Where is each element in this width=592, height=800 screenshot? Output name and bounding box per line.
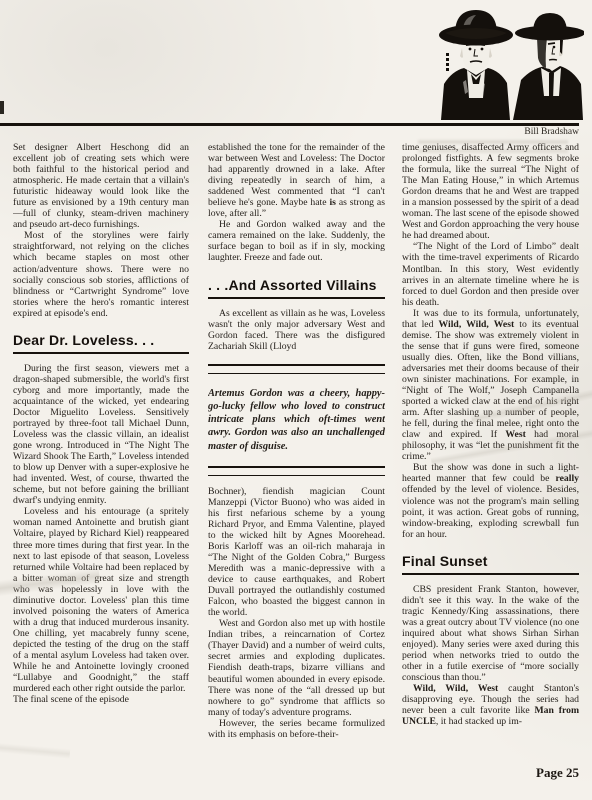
photo-credit: Bill Bradshaw [380,127,579,138]
text-column-2: established the tone for the remainder o… [208,142,385,764]
right-cowboy-figure [513,13,584,120]
paragraph: During the first season, viewers met a d… [13,363,189,507]
left-cowboy-figure [439,10,513,120]
paragraph: As excellent as villain as he was, Lovel… [208,308,385,352]
paragraph: He and Gordon walked away and the camera… [208,219,385,263]
paragraph: Loveless and his entourage (a spritely w… [13,506,189,694]
paragraph: time geniuses, disaffected Army officers… [402,142,579,241]
section-heading: Dear Dr. Loveless. . . [13,332,189,354]
header-rule [0,123,579,126]
paragraph: Set designer Albert Heschong did an exce… [13,142,189,230]
page-number: Page 25 [402,765,579,781]
paragraph: West and Gordon also met up with hostile… [208,618,385,717]
paragraph: However, the series became formulized wi… [208,718,385,740]
pull-quote: Artemus Gordon was a cheery, happy-go-lu… [208,364,385,476]
double-rule [208,364,385,374]
paragraph: “The Night of the Lord of Limbo” dealt w… [402,241,579,307]
magazine-page: Bill Bradshaw Set designer Albert Hescho… [0,0,592,800]
paragraph: But the show was done in such a light-he… [402,462,579,539]
pull-quote-text: Artemus Gordon was a cheery, happy-go-lu… [208,387,385,453]
paragraph: The final scene of the episode [13,694,189,705]
paragraph: established the tone for the remainder o… [208,142,385,219]
paragraph: Most of the storylines were fairly strai… [13,230,189,318]
paragraph: CBS president Frank Stanton, however, di… [402,584,579,683]
paragraph: Wild, Wild, West caught Stanton's disapp… [402,683,579,727]
text-column-1: Set designer Albert Heschong did an exce… [13,142,189,764]
page-edge-mark [0,101,4,114]
section-heading: Final Sunset [402,553,579,575]
artist-signature-marks [446,53,449,71]
paragraph: Bochner), fiendish magician Count Manzep… [208,486,385,619]
west-gordon-illustration [433,4,584,120]
section-heading: . . .And Assorted Villains [208,277,385,299]
double-rule [208,466,385,476]
